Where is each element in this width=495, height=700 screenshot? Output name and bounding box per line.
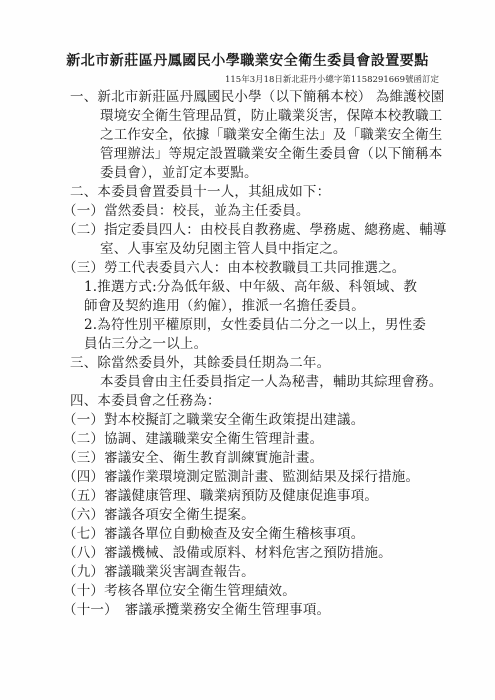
doc-line-7: （一）當然委員：校長，並為主任委員。 <box>0 202 495 221</box>
doc-line-19: （二）協調、建議職業安全衛生管理計畫。 <box>0 430 495 449</box>
doc-line-21: （四）審議作業環境測定監測計畫、監測結果及採行措施。 <box>0 468 495 487</box>
doc-line-1: 一、新北市新莊區丹鳳國民小學（以下簡稱本校） 為維護校園 <box>0 88 495 107</box>
doc-line-2: 環境安全衛生管理品質，防止職業災害，保障本校教職工 <box>0 107 495 126</box>
issuance-note: 115年3月18日新北莊丹小總字第1158291669號函訂定 <box>0 73 439 85</box>
doc-line-17: 四、本委員會之任務為： <box>0 392 495 411</box>
document-title: 新北市新莊區丹鳳國民小學職業安全衛生委員會設置要點 <box>0 50 495 70</box>
doc-line-23: （六）審議各項安全衛生提案。 <box>0 506 495 525</box>
doc-line-13: 2.為符性別平權原則，女性委員佔二分之一以上，男性委 <box>0 316 495 335</box>
doc-line-27: （十）考核各單位安全衛生管理績效。 <box>0 582 495 601</box>
doc-line-18: （一）對本校擬訂之職業安全衛生政策提出建議。 <box>0 411 495 430</box>
doc-line-25: （八）審議機械、設備或原料、材料危害之預防措施。 <box>0 544 495 563</box>
doc-line-14: 員佔三分之一以上。 <box>0 335 495 354</box>
doc-line-11: 1.推選方式:分為低年級、中年級、高年級、科領域、教 <box>0 278 495 297</box>
doc-line-24: （七）審議各單位自動檢查及安全衛生稽核事項。 <box>0 525 495 544</box>
doc-line-22: （五）審議健康管理、職業病預防及健康促進事項。 <box>0 487 495 506</box>
doc-line-8: （二）指定委員四人：由校長自教務處、學務處、總務處、輔導 <box>0 221 495 240</box>
doc-line-12: 師會及契約進用（約僱），推派一名擔任委員。 <box>0 297 495 316</box>
doc-line-4: 管理辦法」等規定設置職業安全衛生委員會（以下簡稱本 <box>0 145 495 164</box>
doc-line-26: （九）審議職業災害調查報告。 <box>0 563 495 582</box>
doc-line-16: 本委員會由主任委員指定一人為秘書，輔助其綜理會務。 <box>0 373 495 392</box>
document-body: 一、新北市新莊區丹鳳國民小學（以下簡稱本校） 為維護校園 環境安全衛生管理品質，… <box>0 88 495 620</box>
doc-line-5: 委員會），並訂定本要點。 <box>0 164 495 183</box>
doc-line-10: （三）勞工代表委員六人：由本校教職員工共同推選之。 <box>0 259 495 278</box>
doc-line-20: （三）審議安全、衛生教育訓練實施計畫。 <box>0 449 495 468</box>
doc-line-6: 二、本委員會置委員十一人，其組成如下： <box>0 183 495 202</box>
doc-line-9: 室、人事室及幼兒園主管人員中指定之。 <box>0 240 495 259</box>
document-page: 新北市新莊區丹鳳國民小學職業安全衛生委員會設置要點 115年3月18日新北莊丹小… <box>0 0 495 700</box>
doc-line-28: （十一） 審議承攬業務安全衛生管理事項。 <box>0 601 495 620</box>
doc-line-3: 之工作安全，依據「職業安全衛生法」及「職業安全衛生 <box>0 126 495 145</box>
doc-line-15: 三、除當然委員外，其餘委員任期為二年。 <box>0 354 495 373</box>
